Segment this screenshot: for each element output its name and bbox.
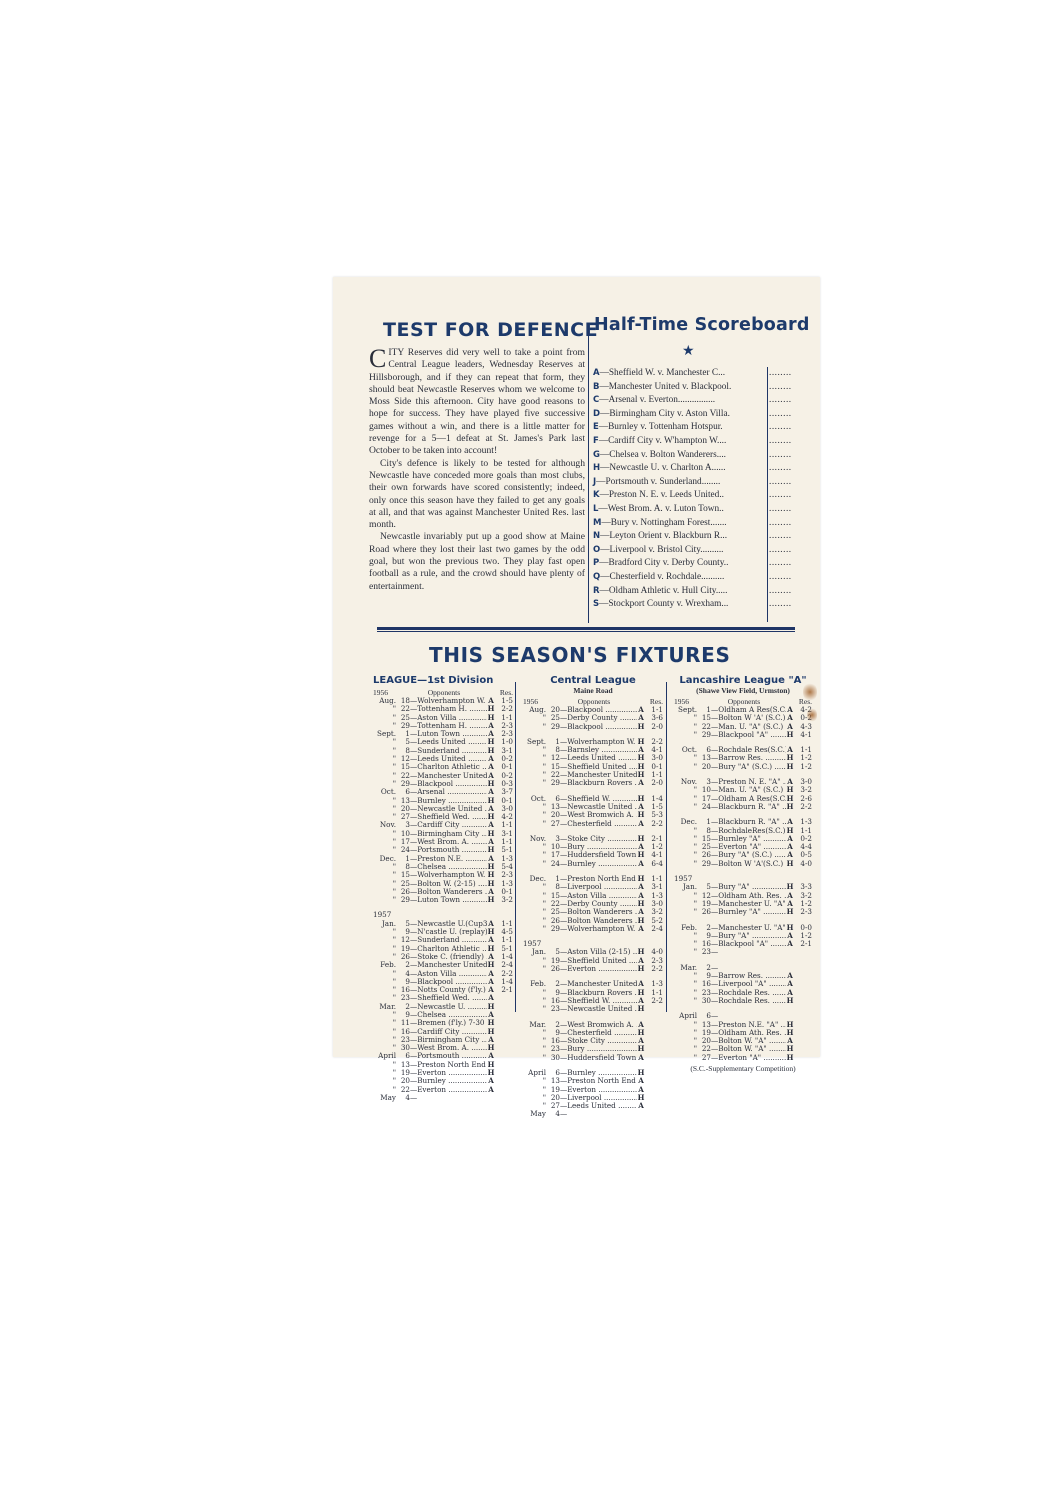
- fixture-opponent: —Newcastle U.(Cup3): [410, 920, 487, 928]
- score-placeholder: ........: [769, 544, 792, 558]
- fixture-venue: H: [637, 723, 645, 731]
- column-heading: Lancashire League "A": [674, 675, 812, 686]
- fixture-opponent: —Charlton Athletic: [410, 945, 487, 953]
- fixture-opponent: —Newcastle United: [560, 803, 637, 811]
- fixture-result: [794, 989, 812, 997]
- article-title: TEST FOR DEFENCE: [383, 319, 598, 341]
- fixture-month: ": [674, 908, 699, 916]
- fixture-venue: H: [637, 965, 645, 973]
- fixture-month: May: [373, 1094, 398, 1102]
- fixture-opponent: —Newcastle United: [560, 1005, 637, 1013]
- fixture-result: [495, 1061, 513, 1069]
- fixture-opponent: —West Brom. A.: [410, 1044, 487, 1052]
- fixture-month: ": [523, 860, 548, 868]
- fixture-month: ": [523, 779, 548, 787]
- fixture-day: 4: [548, 1110, 560, 1118]
- footnote: (S.C.-Supplementary Competition): [674, 1064, 812, 1073]
- fixture-opponent: —Rochdale Res.: [711, 989, 786, 997]
- fixture-opponent: —Manchester United: [560, 980, 637, 988]
- fixture-result: [495, 1086, 513, 1094]
- scoreboard-row: J—Portsmouth v. Sunderland..............…: [593, 476, 803, 490]
- fixture-opponent: —Portsmouth: [410, 1052, 487, 1060]
- fixture-opponent: —Bolton W. "A": [711, 1037, 786, 1045]
- star-icon: ★: [682, 343, 695, 360]
- fixture-opponent: —West Bromwich A.: [560, 811, 637, 819]
- fixture-opponent: —Preston North End: [560, 875, 637, 883]
- fixture-list: Sept.1—Oldham A Res(S.C.)A4-2"15—Bolton …: [674, 706, 812, 1062]
- score-placeholder: ........: [769, 367, 792, 381]
- fixture-result: [645, 1054, 663, 1062]
- fixture-day: 26: [699, 908, 711, 916]
- fixture-result: [495, 1094, 513, 1102]
- fixture-opponent: —Burnley "A": [711, 908, 786, 916]
- scoreboard-list: A—Sheffield W. v. Manchester C..........…: [593, 367, 803, 612]
- score-placeholder: ........: [769, 530, 792, 544]
- fixture-month: ": [674, 860, 699, 868]
- fixtures-title: THIS SEASON'S FIXTURES: [429, 643, 730, 667]
- fixture-venue: H: [786, 731, 794, 739]
- group-gap: [523, 933, 663, 940]
- fixture-month: ": [523, 965, 548, 973]
- fixture-opponent: —Aston Villa: [410, 970, 487, 978]
- fixture-result: 2-0: [645, 723, 663, 731]
- match-name: —Liverpool v. Bristol City..........: [600, 545, 723, 555]
- fixture-opponent: —Sunderland: [410, 936, 487, 944]
- fixture-month: ": [674, 997, 699, 1005]
- fixture-opponent: —Preston N.E.: [410, 855, 487, 863]
- fixture-row: "27—Everton "A"H: [674, 1054, 812, 1062]
- match-name: —Arsenal v. Everton................: [599, 395, 715, 405]
- fixture-row: "29—Luton TownH3-2: [373, 896, 513, 904]
- fixture-row: "23—: [674, 948, 812, 956]
- fixture-result: 6-4: [645, 860, 663, 868]
- fixture-day: 29: [398, 896, 410, 904]
- fixture-venue: A: [637, 1102, 645, 1110]
- fixture-month: May: [523, 1110, 548, 1118]
- fixture-opponent: —Oldham A Res(S.C.): [711, 706, 786, 714]
- fixture-opponent: —Leeds United: [410, 755, 487, 763]
- fixture-opponent: —: [711, 1012, 786, 1020]
- fixture-opponent: —: [711, 948, 786, 956]
- fixture-result: 2-4: [645, 925, 663, 933]
- opponents-label: Opponents: [578, 697, 611, 706]
- fixture-result: [495, 1069, 513, 1077]
- fixture-month: ": [523, 1054, 548, 1062]
- scoreboard-row: M—Bury v. Nottingham Forest.............…: [593, 517, 803, 531]
- scoreboard-row: E—Burnley v. Tottenham Hotspur.........: [593, 421, 803, 435]
- fixture-day: 20: [699, 763, 711, 771]
- fixture-result: 2-3: [794, 908, 812, 916]
- fixture-opponent: —Derby County: [560, 900, 637, 908]
- fixture-day: 29: [548, 723, 560, 731]
- fixture-result: [495, 1036, 513, 1044]
- scoreboard-row: L—West Brom. A. v. Luton Town..........: [593, 503, 803, 517]
- match-name: —Bury v. Nottingham Forest.......: [601, 518, 726, 528]
- fixture-opponent: —Burnley: [560, 860, 637, 868]
- fixture-opponent: —Bremen (f'ly.) 7-30: [410, 1019, 487, 1027]
- fixture-result: [645, 1086, 663, 1094]
- fixture-result: 2-1: [495, 986, 513, 994]
- fixture-opponent: —Bolton Wanderers: [560, 908, 637, 916]
- score-placeholder: ........: [769, 585, 792, 599]
- fixture-opponent: —Chesterfield: [560, 1029, 637, 1037]
- fixture-row: "29—Wolverhampton W.A2-4: [523, 925, 663, 933]
- article-body: CITY Reserves did very well to take a po…: [369, 347, 585, 593]
- fixture-opponent: —Blackpool "A": [711, 940, 786, 948]
- fixture-opponent: —Bolton W 'A' (S.C.): [711, 714, 786, 722]
- fixture-opponent: —Burnley: [410, 797, 487, 805]
- programme-page: TEST FOR DEFENCE CITY Reserves did very …: [333, 277, 820, 1057]
- fixture-venue: H: [487, 896, 495, 904]
- fixture-venue: A: [487, 1086, 495, 1094]
- fixture-opponent: —Everton: [560, 1086, 637, 1094]
- fixture-opponent: —Barrow Res.: [711, 754, 786, 762]
- scoreboard-row: H—Newcastle U. v. Charlton A............…: [593, 462, 803, 476]
- fixture-row: "24—BurnleyA6-4: [523, 860, 663, 868]
- column-subheading: (Shawe View Field, Urmston): [674, 686, 812, 695]
- fixture-day: 4: [398, 1094, 410, 1102]
- fixture-opponent: —Everton: [410, 1069, 487, 1077]
- fixture-opponent: —Stoke C. (friendly): [410, 953, 487, 961]
- opponents-label: Opponents: [428, 688, 461, 697]
- fixture-opponent: —Luton Town: [410, 896, 487, 904]
- fixture-opponent: —Burnley: [560, 1069, 637, 1077]
- fixture-result: [495, 1019, 513, 1027]
- match-name: —Stockport County v. Wrexham...: [599, 599, 728, 609]
- scoreboard-row: Q—Chesterfield v. Rochdale..............…: [593, 571, 803, 585]
- fixture-opponent: —: [711, 964, 786, 972]
- fixture-opponent: —Barnsley: [560, 746, 637, 754]
- fixture-opponent: —Preston North End: [560, 1077, 637, 1085]
- fixture-result: [645, 1029, 663, 1037]
- fixture-opponent: —Chelsea: [410, 863, 487, 871]
- fixture-opponent: —Rochdale Res(S.C.): [711, 746, 786, 754]
- fixture-opponent: —Derby County: [560, 714, 637, 722]
- fixture-result: [794, 948, 812, 956]
- fixture-opponent: —Blackburn Rovers: [560, 989, 637, 997]
- fixture-month: ": [674, 803, 699, 811]
- fixture-opponent: —Sheffield W.: [560, 795, 637, 803]
- fixture-opponent: —Luton Town: [410, 730, 487, 738]
- fixture-opponent: —Bolton Wanderers: [410, 888, 487, 896]
- match-name: —Leyton Orient v. Blackburn R...: [600, 531, 727, 541]
- fixture-opponent: —Sunderland: [410, 747, 487, 755]
- fixture-opponent: —Huddersfield Town: [560, 1054, 637, 1062]
- score-placeholder: ........: [769, 476, 792, 490]
- group-gap: [674, 868, 812, 875]
- fixture-opponent: —: [560, 1110, 637, 1118]
- fixture-opponent: —Manchester U. "A": [711, 900, 786, 908]
- score-placeholder: ........: [769, 449, 792, 463]
- drop-cap: C: [369, 348, 386, 370]
- fixture-opponent: —Everton: [560, 965, 637, 973]
- fixture-venue: A: [637, 925, 645, 933]
- score-placeholder: ........: [769, 571, 792, 585]
- fixture-opponent: —Cardiff City: [410, 821, 487, 829]
- fixture-result: [794, 980, 812, 988]
- fixture-day: 27: [699, 1054, 711, 1062]
- match-name: —Birmingham City v. Aston Villa.: [600, 409, 730, 419]
- fixture-result: 2-2: [645, 820, 663, 828]
- article-paragraph: City's defence is likely to be tested fo…: [369, 458, 585, 532]
- section-rule-thin: [377, 631, 795, 632]
- fixture-venue: [637, 1110, 645, 1118]
- section-rule: [377, 627, 795, 630]
- score-placeholder: ........: [769, 421, 792, 435]
- fixture-day: 30: [699, 997, 711, 1005]
- fixture-result: [645, 1069, 663, 1077]
- fixture-opponent: —Newcastle United: [410, 805, 487, 813]
- fixture-venue: A: [637, 820, 645, 828]
- fixture-venue: H: [786, 908, 794, 916]
- fixture-opponent: —Bolton W. (2-15): [410, 880, 487, 888]
- fixture-opponent: —Stoke City: [560, 1037, 637, 1045]
- fixture-month: ": [523, 925, 548, 933]
- fixture-result: [495, 1077, 513, 1085]
- match-name: —Burnley v. Tottenham Hotspur.: [599, 422, 723, 432]
- fixture-opponent: —Oldham Ath. Res.: [711, 892, 786, 900]
- score-placeholder: ........: [769, 435, 792, 449]
- fixture-opponent: —Blackburn R. "A": [711, 803, 786, 811]
- fixture-opponent: —Blackpool: [410, 978, 487, 986]
- fixture-opponent: —Bury "A" (S.C.): [711, 851, 786, 859]
- score-placeholder: ........: [769, 557, 792, 571]
- fixture-opponent: —Bolton W 'A'(S.C.): [711, 860, 786, 868]
- fixture-result: 4-1: [794, 731, 812, 739]
- fixture-opponent: —Bury "A": [711, 883, 786, 891]
- fixture-result: [645, 1045, 663, 1053]
- fixture-result: [794, 1054, 812, 1062]
- fixture-opponent: —Leeds United: [560, 1102, 637, 1110]
- fixture-result: 2-2: [645, 965, 663, 973]
- fixture-result: 4-0: [794, 860, 812, 868]
- match-name: —West Brom. A. v. Luton Town..: [598, 504, 723, 514]
- scoreboard-row: A—Sheffield W. v. Manchester C..........…: [593, 367, 803, 381]
- fixture-result: [645, 1021, 663, 1029]
- fixture-month: ": [674, 731, 699, 739]
- fixture-opponent: —Charlton Athletic: [410, 763, 487, 771]
- column-divider: [588, 323, 589, 623]
- fixture-opponent: —Sheffield United: [560, 763, 637, 771]
- fixture-result: [794, 964, 812, 972]
- fixture-opponent: —Tottenham H.: [410, 722, 487, 730]
- fixture-opponent: —Birmingham City: [410, 830, 487, 838]
- fixture-opponent: —Aston Villa: [410, 714, 487, 722]
- fixture-opponent: —Portsmouth: [410, 846, 487, 854]
- fixture-row: "29—Blackburn RoversA2-0: [523, 779, 663, 787]
- fixture-opponent: —Wolverhampton W.: [560, 925, 637, 933]
- score-placeholder: ........: [769, 462, 792, 476]
- fixture-opponent: —Bury "A": [711, 932, 786, 940]
- match-letter: K: [593, 490, 600, 500]
- fixture-opponent: —Birmingham City: [410, 1036, 487, 1044]
- fixture-venue: A: [637, 779, 645, 787]
- fixture-opponent: —Sheffield United: [560, 957, 637, 965]
- fixture-opponent: —Barrow Res.: [711, 972, 786, 980]
- fixture-venue: H: [637, 1005, 645, 1013]
- match-name: —Manchester United v. Blackpool.: [599, 382, 731, 392]
- score-placeholder: ........: [769, 598, 792, 612]
- fixture-venue: H: [786, 1054, 794, 1062]
- scoreboard-row: K—Preston N. E. v. Leeds United.........…: [593, 489, 803, 503]
- scoreboard-row: P—Bradford City v. Derby County.........…: [593, 557, 803, 571]
- group-gap: [373, 904, 513, 911]
- fixture-month: ": [674, 1054, 699, 1062]
- scoreboard-row: N—Leyton Orient v. Blackburn R..........…: [593, 530, 803, 544]
- match-letter: A: [593, 368, 600, 378]
- fixture-opponent: —Chelsea: [410, 1011, 487, 1019]
- fixture-venue: A: [637, 1054, 645, 1062]
- fixture-opponent: —Sheffield Wed.: [410, 813, 487, 821]
- stain-mark: [803, 682, 817, 702]
- fixture-result: [495, 1011, 513, 1019]
- fixture-list: Aug.20—BlackpoolA1-1"25—Derby CountyA3-6…: [523, 706, 663, 1119]
- fixture-opponent: —Bury: [560, 1045, 637, 1053]
- fixture-row: "26—Burnley "A"H2-3: [674, 908, 812, 916]
- fixture-opponent: —Stoke City: [560, 835, 637, 843]
- fixture-opponent: —Preston N. E. "A": [711, 778, 786, 786]
- match-name: —Chesterfield v. Rochdale..........: [600, 572, 724, 582]
- fixture-day: 24: [699, 803, 711, 811]
- score-placeholder: ........: [769, 503, 792, 517]
- fixture-result: [645, 1037, 663, 1045]
- scoreboard-row: O—Liverpool v. Bristol City.............…: [593, 544, 803, 558]
- fixture-opponent: —Rochdale Res.: [711, 997, 786, 1005]
- fixture-day: 29: [548, 779, 560, 787]
- fixture-row: "20—Bury "A" (S.C.)H1-2: [674, 763, 812, 771]
- fixture-result: [645, 1077, 663, 1085]
- fixture-opponent: —Preston North End: [410, 1061, 487, 1069]
- fixture-opponent: —Man. U. "A" (S.C.): [711, 723, 786, 731]
- fixture-result: [794, 1021, 812, 1029]
- fixture-opponent: —Liverpool: [560, 883, 637, 891]
- match-name: —Preston N. E. v. Leeds United..: [600, 490, 724, 500]
- fixture-day: 27: [548, 820, 560, 828]
- scoreboard-row: R—Oldham Athletic v. Hull City..........…: [593, 585, 803, 599]
- column-heading: LEAGUE—1st Division: [373, 675, 513, 686]
- fixture-opponent: —Everton "A": [711, 843, 786, 851]
- scoreboard-row: C—Arsenal v. Everton....................…: [593, 394, 803, 408]
- fixture-opponent: —Notts County (f'ly.): [410, 986, 487, 994]
- fixture-opponent: —Liverpool "A": [711, 980, 786, 988]
- fixture-result: [794, 1045, 812, 1053]
- fixture-opponent: —Blackburn R. "A": [711, 818, 786, 826]
- fixture-opponent: —Blackpool "A": [711, 731, 786, 739]
- fixture-opponent: —Bolton Wanderers: [560, 917, 637, 925]
- fixture-opponent: —Tottenham H.: [410, 705, 487, 713]
- fixture-opponent: —Newcastle U.: [410, 1003, 487, 1011]
- match-name: —Sheffield W. v. Manchester C...: [600, 368, 726, 378]
- column-subheading: Maine Road: [523, 686, 663, 695]
- fixture-result: 2-0: [645, 779, 663, 787]
- fixture-opponent: —Arsenal: [410, 788, 487, 796]
- fixture-result: [645, 1110, 663, 1118]
- fixture-result: 1-2: [794, 763, 812, 771]
- fixture-venue: H: [786, 997, 794, 1005]
- stain-mark: [807, 707, 817, 723]
- fixture-opponent: —Bury "A" (S.C.): [711, 763, 786, 771]
- fixture-opponent: —Aston Villa: [560, 892, 637, 900]
- fixture-venue: [786, 948, 794, 956]
- fixture-row: "23—Newcastle UnitedH: [523, 1005, 663, 1013]
- fixture-day: 29: [699, 731, 711, 739]
- fixture-opponent: —Sheffield W.: [560, 997, 637, 1005]
- fixture-opponent: —N'castle U. (replay): [410, 928, 487, 936]
- score-placeholder: ........: [769, 517, 792, 531]
- opponents-label: Opponents: [728, 697, 761, 706]
- scoreboard-row: D—Birmingham City v. Aston Villa........…: [593, 408, 803, 422]
- match-name: —Newcastle U. v. Charlton A......: [600, 463, 725, 473]
- fixture-opponent: —Cardiff City: [410, 1028, 487, 1036]
- fixture-row: "27—ChesterfieldA2-2: [523, 820, 663, 828]
- fixture-result: [645, 1102, 663, 1110]
- fixture-opponent: —Blackpool: [410, 780, 487, 788]
- fixture-result: 3-2: [495, 896, 513, 904]
- fixture-month: ": [674, 948, 699, 956]
- fixture-day: 29: [699, 860, 711, 868]
- fixture-day: 23: [548, 1005, 560, 1013]
- fixture-row: "29—BlackpoolH2-0: [523, 723, 663, 731]
- score-placeholder: ........: [769, 381, 792, 395]
- scoreboard-title: Half-Time Scoreboard: [594, 315, 810, 335]
- fixture-month: ": [523, 820, 548, 828]
- fixture-result: 2-2: [794, 803, 812, 811]
- fixture-opponent: —Man. U. "A" (S.C.): [711, 786, 786, 794]
- fixture-month: ": [523, 1005, 548, 1013]
- score-placeholder: ........: [769, 408, 792, 422]
- fixture-row: May4—: [523, 1110, 663, 1118]
- fixture-venue: H: [786, 763, 794, 771]
- scoreboard-row: F—Cardiff City v. W'hampton W...........…: [593, 435, 803, 449]
- fixture-venue: H: [786, 803, 794, 811]
- fixture-opponent: —Oldham Ath. Res.: [711, 1029, 786, 1037]
- fixture-opponent: —West Brom. A.: [410, 838, 487, 846]
- fixture-opponent: —Wolverhampton W.: [410, 871, 487, 879]
- fixture-result: [495, 994, 513, 1002]
- match-letter: D: [593, 409, 600, 419]
- fixture-row: May4—: [373, 1094, 513, 1102]
- fixture-venue: A: [637, 860, 645, 868]
- fixture-result: [495, 1003, 513, 1011]
- fixture-row: "24—Blackburn R. "A"H2-2: [674, 803, 812, 811]
- fixtures-column-central-league: Central LeagueMaine Road1956OpponentsRes…: [523, 675, 663, 1119]
- fixture-opponent: —Blackpool: [560, 706, 637, 714]
- fixture-opponent: —Leeds United: [560, 754, 637, 762]
- fixture-day: 30: [548, 1054, 560, 1062]
- fixture-list: Aug.18—Wolverhampton W.A1-5"22—Tottenham…: [373, 697, 513, 1102]
- article-paragraph: CITY Reserves did very well to take a po…: [369, 347, 585, 458]
- fixture-opponent: —Oldham A Res(S.C.): [711, 795, 786, 803]
- match-name: —Oldham Athletic v. Hull City.....: [600, 586, 728, 596]
- fixture-venue: [487, 1094, 495, 1102]
- match-name: —Bradford City v. Derby County..: [599, 558, 728, 568]
- scoreboard-score-divider: [767, 367, 768, 622]
- fixture-opponent: —Wolverhampton W.: [560, 738, 637, 746]
- fixture-opponent: —: [410, 1094, 487, 1102]
- scoreboard-row: G—Chelsea v. Bolton Wanderers...........…: [593, 449, 803, 463]
- fixture-opponent: —West Bromwich A.: [560, 1021, 637, 1029]
- fixture-month: ": [373, 896, 398, 904]
- fixture-row: "29—Blackpool "A"H4-1: [674, 731, 812, 739]
- fixtures-column-league: LEAGUE—1st Division1956OpponentsRes.Aug.…: [373, 675, 513, 1102]
- fixtures-column-lancashire-league: Lancashire League "A"(Shawe View Field, …: [674, 675, 812, 1073]
- scoreboard-row: S—Stockport County v. Wrexham...........: [593, 598, 803, 612]
- fixture-opponent: —RochdaleRes(S.C.): [711, 827, 786, 835]
- fixture-opponent: —Chesterfield: [560, 820, 637, 828]
- fixture-result: [495, 1052, 513, 1060]
- fixture-day: 23: [699, 948, 711, 956]
- fixture-row: "30—Rochdale Res.H: [674, 997, 812, 1005]
